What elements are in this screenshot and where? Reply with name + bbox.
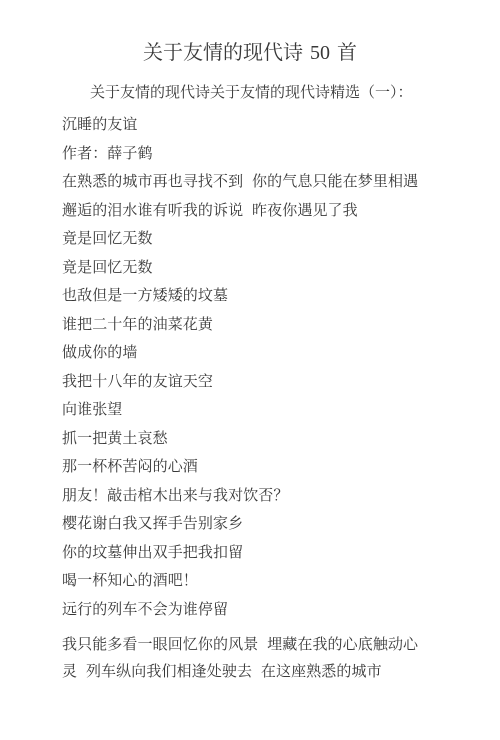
poem-line: 樱花谢白我又挥手告别家乡 <box>62 510 500 539</box>
poem-line: 也敌但是一方矮矮的坟墓 <box>62 282 500 311</box>
poem-line: 向谁张望 <box>62 396 500 425</box>
poem-line: 竟是回忆无数 <box>62 254 500 283</box>
document-page: 关于友情的现代诗 50 首 关于友情的现代诗关于友情的现代诗精选（一）： 沉睡的… <box>0 0 500 740</box>
poem-line: 你的坟墓伸出双手把我扣留 <box>62 539 500 568</box>
poem-line: 沉睡的友谊 <box>62 111 500 140</box>
poem-line-author: 作者：薛子鹤 <box>62 140 500 169</box>
poem-line: 喝一杯知心的酒吧！ <box>62 567 500 596</box>
poem-body: 沉睡的友谊 作者：薛子鹤 在熟悉的城市再也寻找不到 你的气息只能在梦里相遇 邂逅… <box>0 111 500 686</box>
document-subtitle: 关于友情的现代诗关于友情的现代诗精选（一）： <box>62 81 450 105</box>
poem-closing-paragraph: 我只能多看一眼回忆你的风景 埋藏在我的心底触动心 灵 列车纵向我们相逢处驶去 在… <box>0 632 500 686</box>
poem-line: 那一杯杯苦闷的心酒 <box>62 453 500 482</box>
poem-line: 做成你的墙 <box>62 339 500 368</box>
poem-line: 邂逅的泪水谁有听我的诉说 昨夜你遇见了我 <box>62 197 500 226</box>
poem-line: 我把十八年的友谊天空 <box>62 368 500 397</box>
poem-line: 竟是回忆无数 <box>62 225 500 254</box>
poem-line: 谁把二十年的油菜花黄 <box>62 311 500 340</box>
poem-line: 灵 列车纵向我们相逢处驶去 在这座熟悉的城市 <box>62 659 500 686</box>
poem-line: 远行的列车不会为谁停留 <box>62 596 500 625</box>
poem-line: 朋友！敲击棺木出来与我对饮否？ <box>62 482 500 511</box>
poem-line: 在熟悉的城市再也寻找不到 你的气息只能在梦里相遇 <box>62 168 500 197</box>
document-title: 关于友情的现代诗 50 首 <box>0 40 500 66</box>
poem-line: 我只能多看一眼回忆你的风景 埋藏在我的心底触动心 <box>62 632 500 659</box>
poem-line: 抓一把黄土哀愁 <box>62 425 500 454</box>
